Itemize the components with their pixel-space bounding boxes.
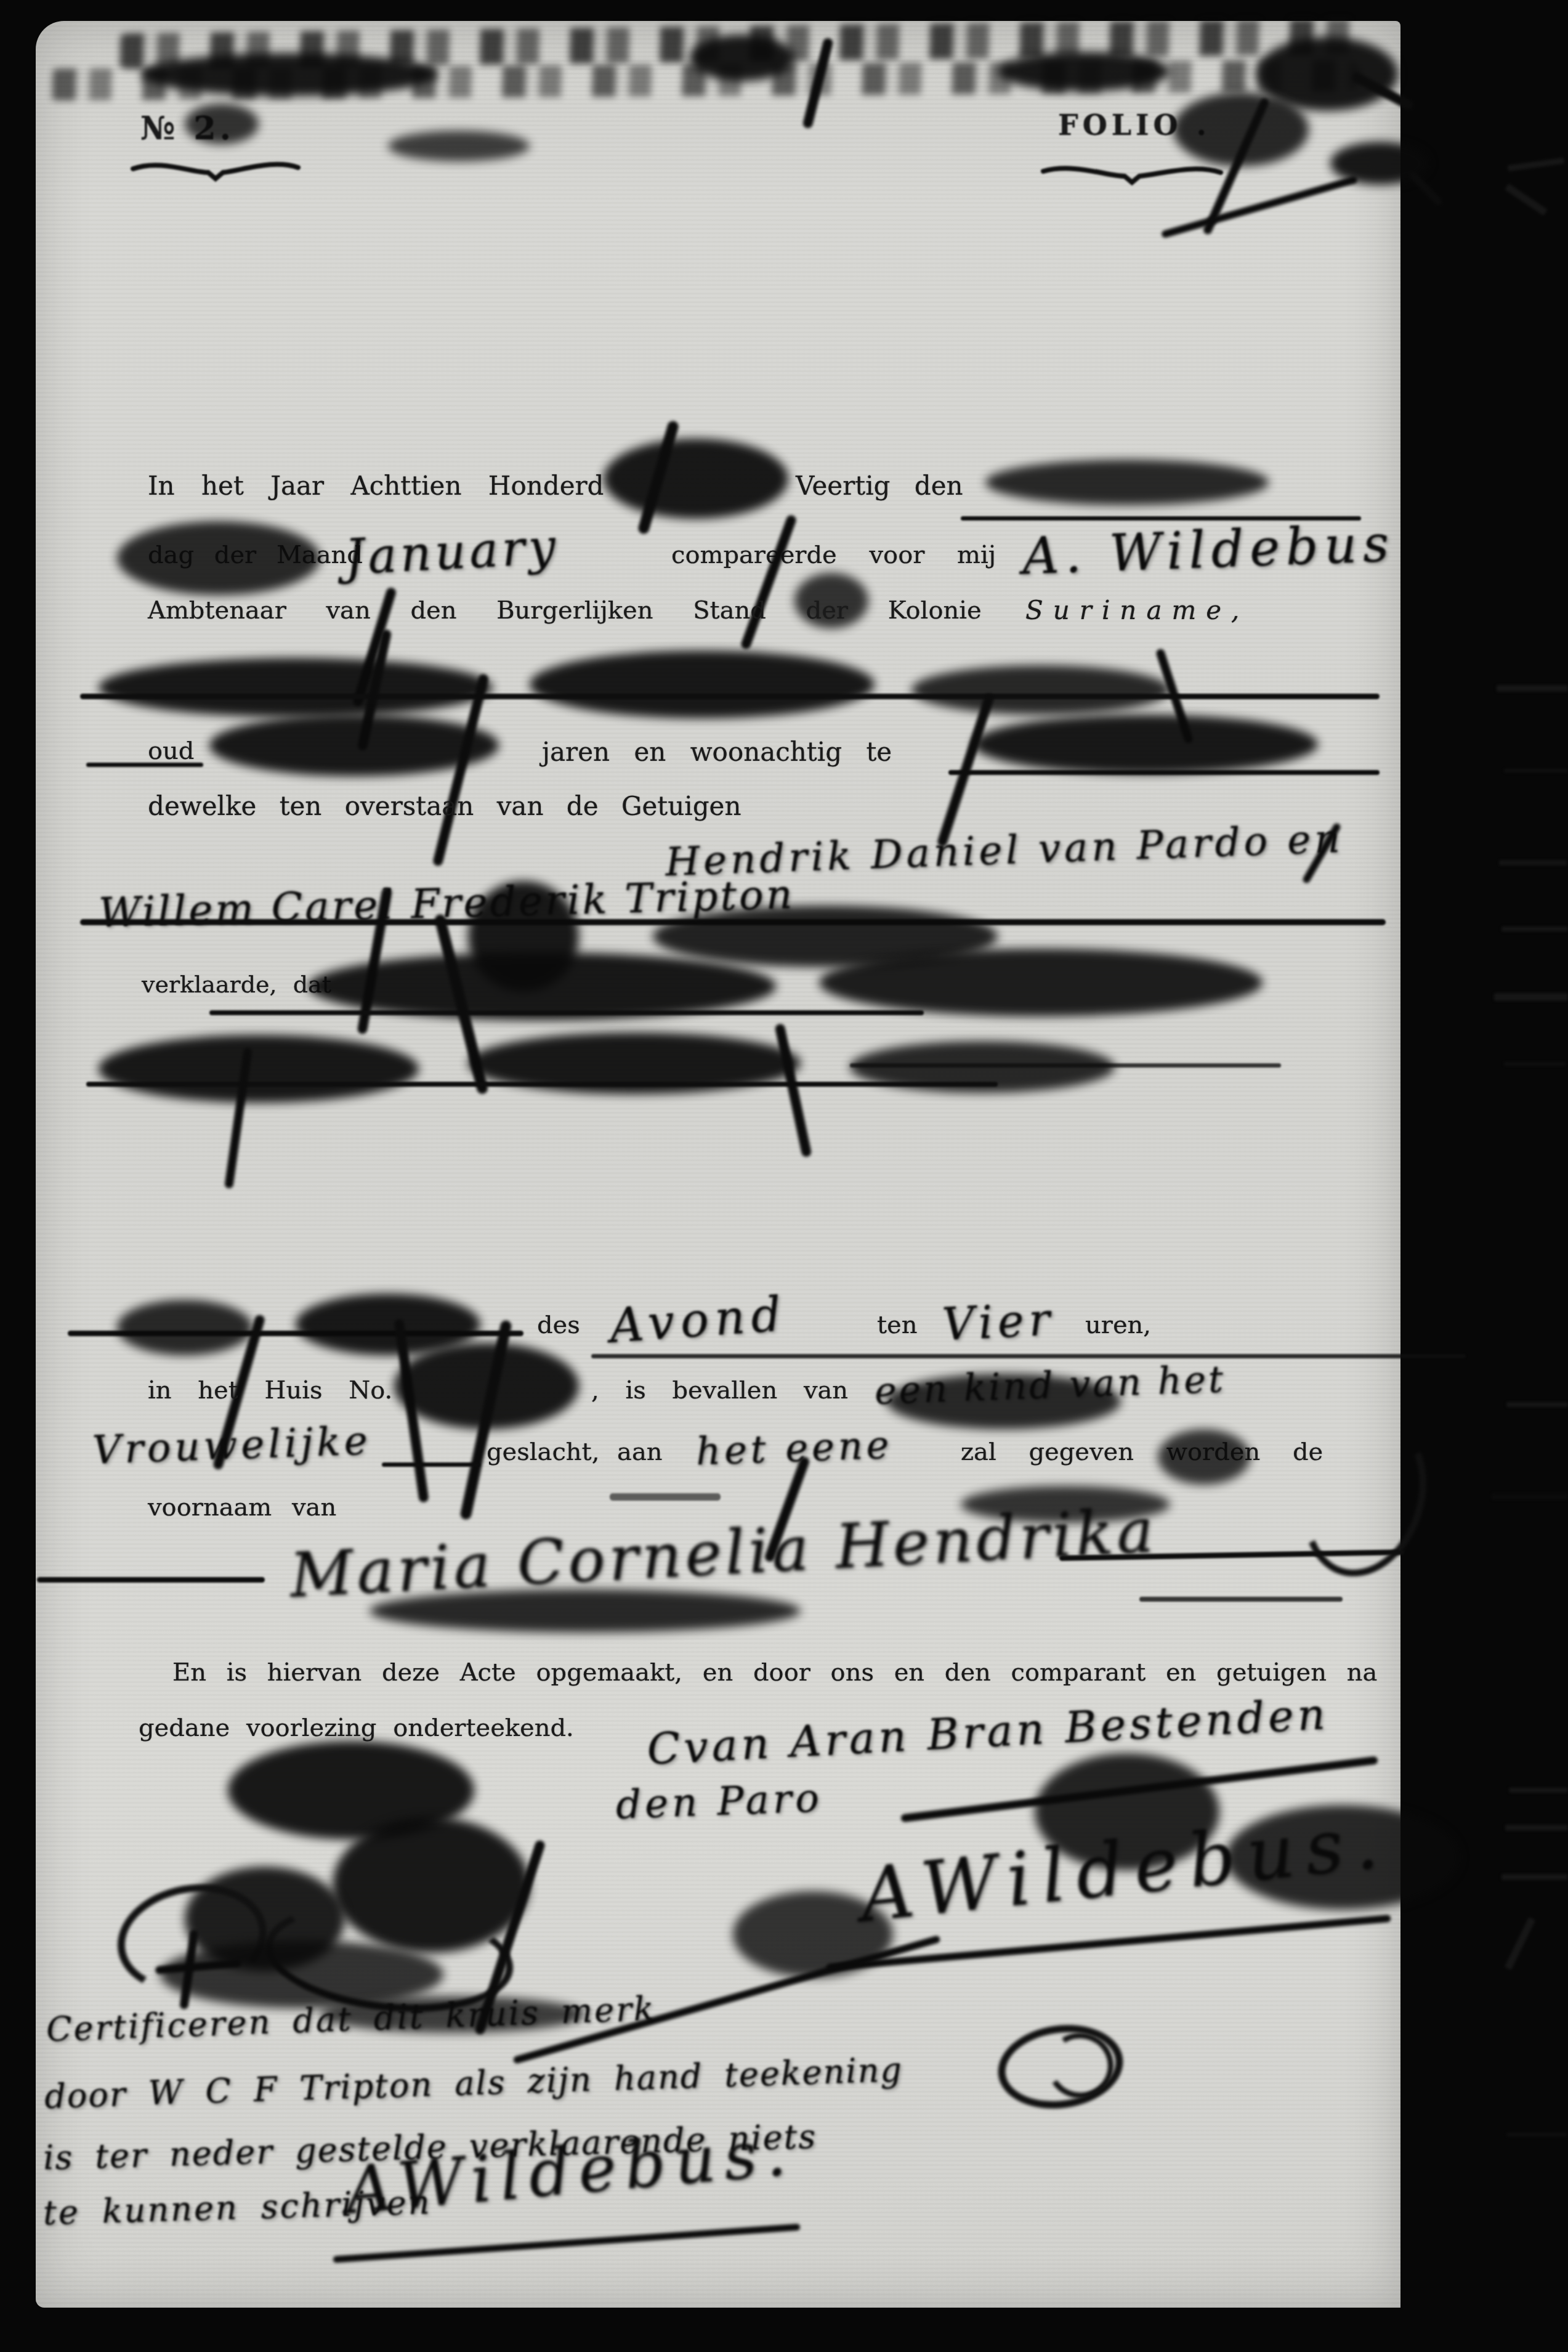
printed-text: Veertig den xyxy=(796,471,963,501)
fill-in-rule xyxy=(382,1462,480,1467)
printed-colony-name: Suriname, xyxy=(1025,595,1249,625)
brace-under-act-number xyxy=(129,155,302,182)
strike-rule xyxy=(209,1010,924,1015)
fill-in-rule xyxy=(86,763,203,767)
adjacent-page-mark xyxy=(1509,1788,1568,1793)
printed-text: voornaam van xyxy=(148,1493,336,1522)
printed-text: geslacht, aan xyxy=(487,1438,663,1466)
printed-text: , is bevallen van xyxy=(591,1376,848,1405)
strike-rule xyxy=(591,1354,1466,1358)
printed-text: verklaarde, dat xyxy=(142,971,331,998)
printed-text: in het Huis No. xyxy=(148,1376,392,1405)
book-binding-fold xyxy=(1400,21,1492,2308)
scanned-birth-act-photograph: { "header": { "act_no": "№ 2.", "folio_l… xyxy=(0,0,1568,2352)
fill-in-rule xyxy=(1139,1597,1343,1602)
adjacent-page-mark xyxy=(1494,993,1568,1001)
adjacent-page-mark xyxy=(1501,927,1568,931)
ink-blot xyxy=(142,53,437,96)
printed-text: gedane voorlezing onderteekend. xyxy=(139,1714,574,1742)
ink-smear xyxy=(370,1589,801,1632)
ink-blot xyxy=(690,34,794,81)
printed-text: In het Jaar Achttien Honderd xyxy=(148,471,604,501)
ink-blot xyxy=(887,1374,1121,1429)
day-entry-scrawl xyxy=(985,460,1269,505)
printed-text: dewelke ten overstaan van de Getuigen xyxy=(148,791,741,821)
whom-entry: het eene xyxy=(695,1422,894,1474)
fill-in-rule xyxy=(948,770,1380,775)
ink-blot xyxy=(1226,1805,1460,1910)
ink-blot xyxy=(320,1996,585,2033)
strike-rule xyxy=(850,1063,1281,1068)
adjacent-page-mark xyxy=(1501,1874,1568,1880)
ink-blot xyxy=(117,521,320,595)
ink-blot xyxy=(1158,1429,1250,1485)
printed-text: uren, xyxy=(1085,1311,1151,1339)
ink-smear xyxy=(610,1493,721,1501)
printed-text: zal gegeven worden de xyxy=(961,1438,1323,1466)
ink-blot xyxy=(998,52,1170,91)
adjacent-page-mark xyxy=(1504,1062,1566,1066)
adjacent-page-mark xyxy=(1499,860,1567,866)
brace-under-folio xyxy=(1040,159,1224,186)
ink-blot xyxy=(388,131,530,161)
age-entry-scrawl xyxy=(209,715,499,776)
year-entry-scrawl xyxy=(604,439,788,519)
hour-entry: Vier xyxy=(941,1293,1056,1350)
strike-rule xyxy=(80,694,1380,699)
printed-text: jaren en woonachtig te xyxy=(542,737,892,767)
printed-text: En is hiervan deze Acte opgemaakt, en do… xyxy=(172,1658,1377,1687)
strike-rule xyxy=(86,1082,998,1087)
adjacent-page-mark xyxy=(1492,1493,1568,1500)
declaration-scrawl xyxy=(819,949,1263,1016)
gender-entry: Vrouwelijke xyxy=(92,1418,372,1474)
ink-blot xyxy=(185,103,259,144)
adjacent-page-mark xyxy=(1497,685,1568,692)
comparant-name-scrawl xyxy=(99,658,493,717)
printed-text: ten xyxy=(877,1311,918,1339)
signature-scrawl: den Paro xyxy=(615,1775,823,1828)
comparant-name-scrawl xyxy=(911,665,1170,715)
comparant-name-scrawl xyxy=(530,651,875,718)
adjacent-page-mark xyxy=(1504,769,1568,773)
printed-text: des xyxy=(537,1311,580,1339)
printed-text: oud xyxy=(148,737,194,765)
adjacent-page-mark xyxy=(1505,1825,1568,1831)
struck-entry-scrawl xyxy=(117,1300,253,1355)
fill-in-rule xyxy=(37,1577,265,1583)
ink-blot xyxy=(733,1891,893,1977)
adjacent-page-mark xyxy=(1506,2133,1567,2136)
adjacent-page-edge xyxy=(1492,21,1568,2308)
date-scrawl xyxy=(99,1035,419,1103)
printed-text: compareerde voor mij xyxy=(671,541,996,569)
adjacent-page-mark xyxy=(1506,1402,1568,1407)
residence-entry-scrawl xyxy=(973,715,1318,774)
ink-blot xyxy=(1035,1753,1219,1870)
month-entry: January xyxy=(344,519,560,586)
printed-text: Ambtenaar van den Burgerlijken Stand der… xyxy=(148,596,982,625)
